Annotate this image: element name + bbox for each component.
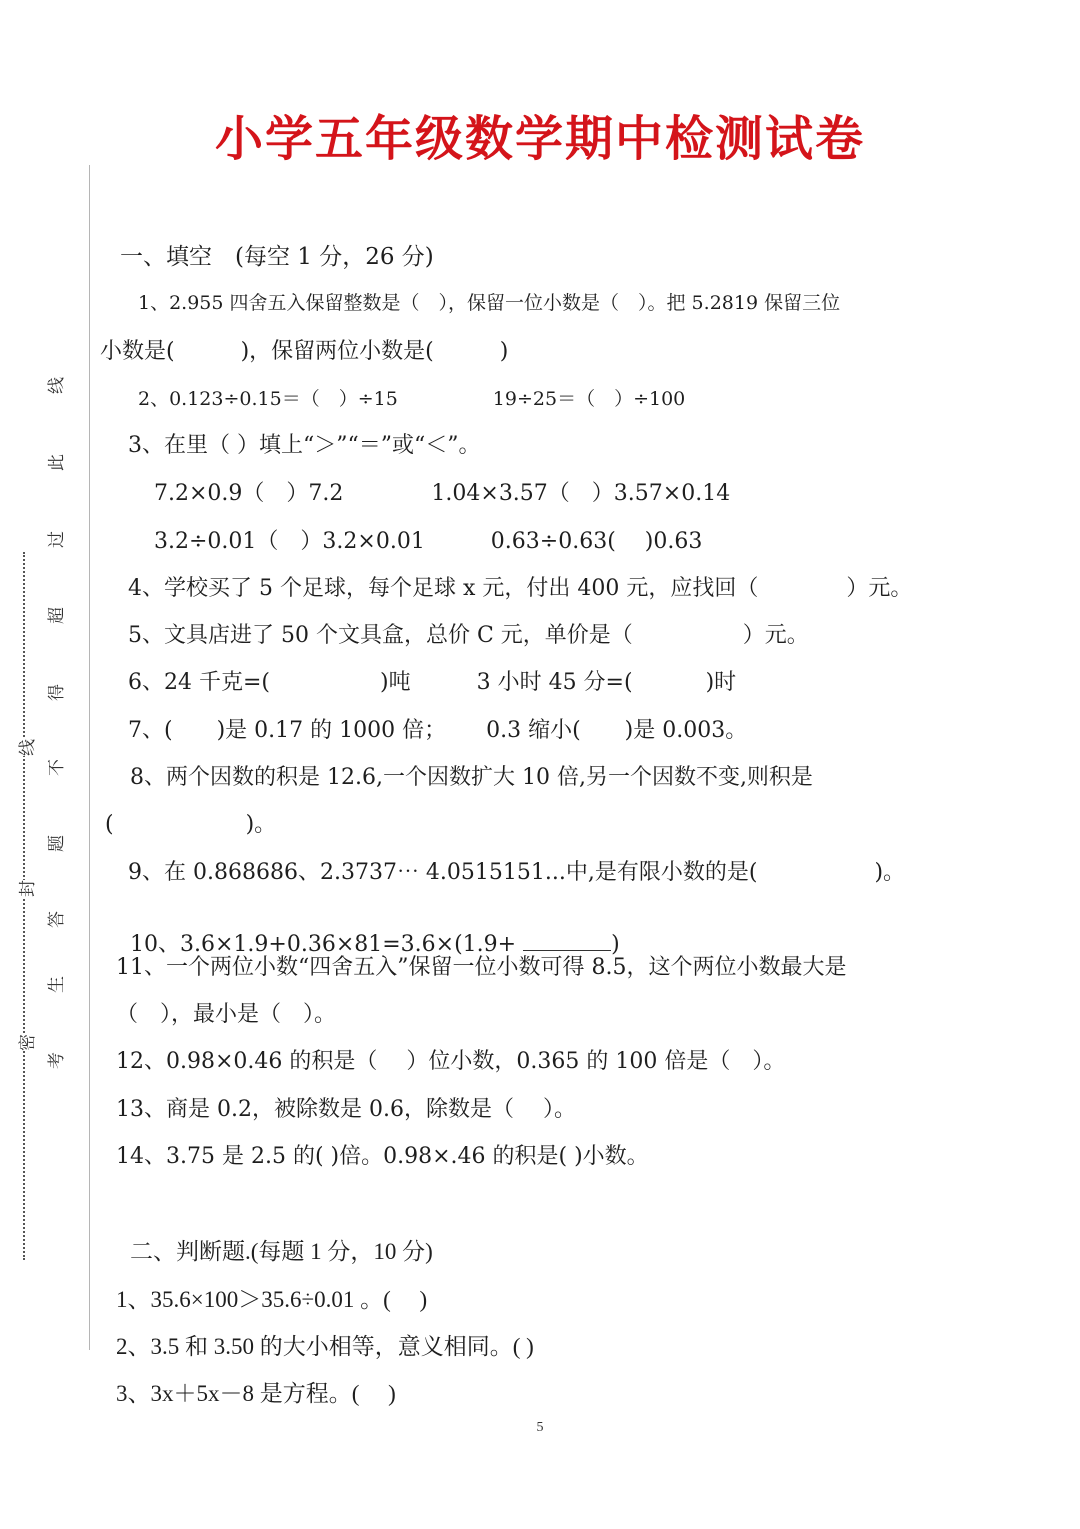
judgment-question-2: 2、3.5 和 3.50 的大小相等，意义相同。( ) xyxy=(116,1328,534,1361)
question-6: 6、24 千克=( )吨 3 小时 45 分=( )时 xyxy=(128,665,736,696)
margin-char: 答 xyxy=(42,911,67,928)
question-2: 2、0.123÷0.15＝（ ）÷15 19÷25＝（ ）÷100 xyxy=(138,384,685,411)
question-1-line-2: 小数是( )，保留两位小数是( ) xyxy=(100,334,508,365)
margin-char: 超 xyxy=(42,607,67,624)
margin-divider xyxy=(89,165,90,1350)
page-number: 5 xyxy=(0,1420,1080,1436)
question-3-row-2: 3.2÷0.01（ ）3.2×0.01 0.63÷0.63( )0.63 xyxy=(154,524,702,555)
question-3: 3、在里（ ）填上“＞”“＝”或“＜”。 xyxy=(128,428,480,459)
margin-char: 得 xyxy=(42,684,67,701)
question-3-row-1: 7.2×0.9（ ）7.2 1.04×3.57（ ）3.57×0.14 xyxy=(154,476,730,507)
margin-char: 生 xyxy=(42,976,67,993)
seal-dotted-line xyxy=(23,552,25,1260)
question-12: 12、0.98×0.46 的积是（ ）位小数，0.365 的 100 倍是（ ）… xyxy=(116,1044,785,1075)
margin-char: 不 xyxy=(42,759,67,776)
question-7: 7、( )是 0.17 的 1000 倍； 0.3 缩小( )是 0.003。 xyxy=(128,713,747,744)
question-9: 9、在 0.868686、2.3737⋯ 4.0515151...中,是有限小数… xyxy=(128,855,905,886)
margin-char: 线 xyxy=(42,377,67,394)
question-4: 4、学校买了 5 个足球，每个足球 x 元，付出 400 元，应找回（ ）元。 xyxy=(128,571,912,602)
question-1-line-1: 1、2.955 四舍五入保留整数是（ ），保留一位小数是（ ）。把 5.2819… xyxy=(138,288,840,315)
judgment-question-1: 1、35.6×100＞35.6÷0.01 。( ) xyxy=(116,1281,427,1314)
margin-char: 考 xyxy=(42,1052,67,1069)
question-13: 13、商是 0.2，被除数是 0.6，除数是（ ）。 xyxy=(116,1092,576,1123)
answer-blank[interactable] xyxy=(523,932,611,951)
margin-char: 封 xyxy=(13,880,38,897)
question-11-line-1: 11、一个两位小数“四舍五入”保留一位小数可得 8.5，这个两位小数最大是 xyxy=(116,950,846,981)
question-5: 5、文具店进了 50 个文具盒，总价 C 元，单价是（ ）元。 xyxy=(128,618,809,649)
margin-char: 密 xyxy=(13,1034,38,1051)
margin-char: 线 xyxy=(13,739,38,756)
question-11-line-2: （ ），最小是（ ）。 xyxy=(116,997,336,1028)
margin-char: 题 xyxy=(42,835,67,852)
exam-title: 小学五年级数学期中检测试卷 xyxy=(0,100,1080,169)
question-8-line-2: ( )。 xyxy=(105,807,276,838)
judgment-question-3: 3、3x＋5x－8 是方程。( ) xyxy=(116,1375,396,1408)
question-8-line-1: 8、两个因数的积是 12.6,一个因数扩大 10 倍,另一个因数不变,则积是 xyxy=(130,760,813,791)
margin-char: 此 xyxy=(42,454,67,471)
section1-heading: 一、填空 (每空 1 分，26 分) xyxy=(120,238,434,271)
section2-heading: 二、判断题.(每题 1 分，10 分) xyxy=(130,1233,433,1266)
margin-char: 过 xyxy=(42,531,67,548)
question-14: 14、3.75 是 2.5 的( )倍。0.98×.46 的积是( )小数。 xyxy=(116,1139,649,1170)
